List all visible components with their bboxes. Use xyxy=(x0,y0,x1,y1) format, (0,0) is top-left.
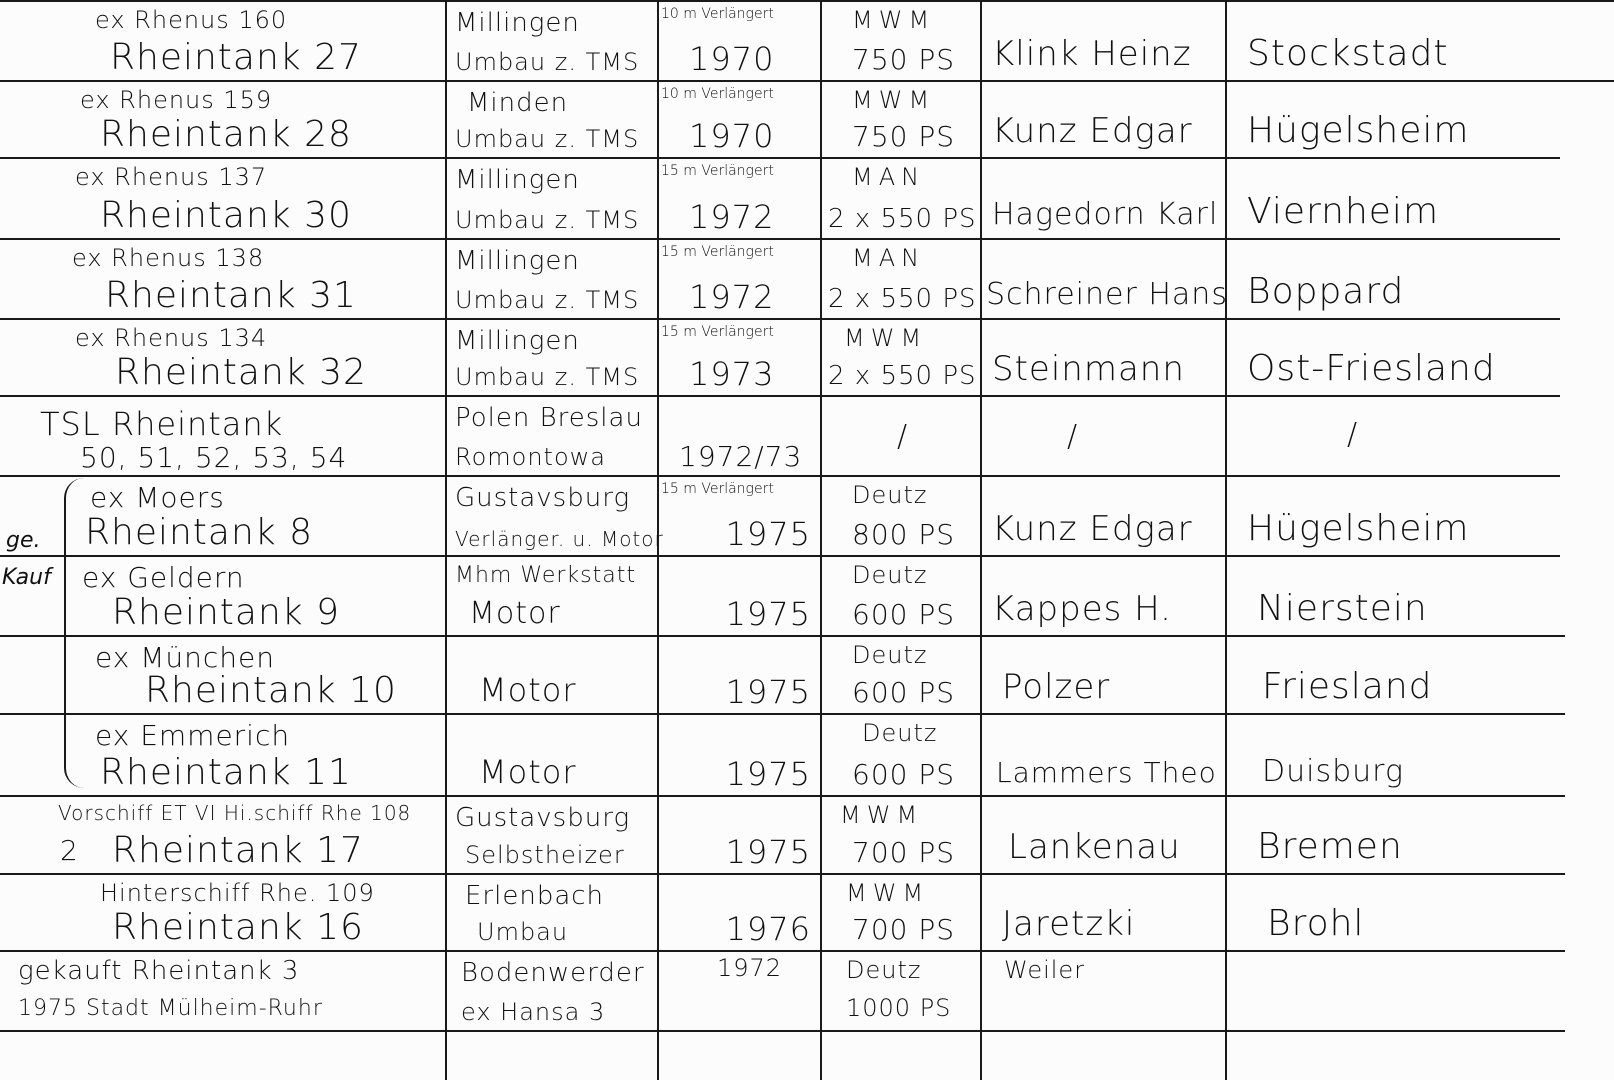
year: 1975 xyxy=(726,595,811,633)
work-done: Verlänger. u. Motor xyxy=(455,527,664,551)
ship-name: Rheintank 28 xyxy=(100,114,352,155)
year: 1975 xyxy=(726,755,811,793)
table-row: Vorschiff ET VI Hi.schiff Rhe 1082Rheint… xyxy=(0,797,1614,873)
work-done: Umbau z. TMS xyxy=(455,206,639,234)
shipyard: Polen Breslau xyxy=(455,403,643,433)
conversion-note: 15 m Verlängert xyxy=(661,481,774,497)
former-name: ex Geldern xyxy=(82,561,245,594)
owner: Schreiner Hans xyxy=(986,277,1228,312)
work-done: Selbstheizer xyxy=(465,841,625,869)
owner: Weiler xyxy=(1004,956,1085,984)
conversion-note: 15 m Verlängert xyxy=(661,324,774,340)
home-port: Bremen xyxy=(1257,826,1403,867)
engine-make: MAN xyxy=(852,244,925,272)
former-name: gekauft Rheintank 3 xyxy=(18,956,299,986)
engine-make: Deutz xyxy=(852,481,927,509)
table-row: ex Rhenus 159Rheintank 28 MindenUmbau z.… xyxy=(0,82,1614,157)
former-name: ex Rhenus 160 xyxy=(95,6,287,34)
ship-name: 1975 Stadt Mülheim-Ruhr xyxy=(18,996,323,1021)
engine-make: MWM xyxy=(840,801,923,829)
table-row: ex GeldernRheintank 9 Mhm WerkstattMotor… xyxy=(0,557,1614,635)
engine-power: 700 PS xyxy=(852,913,955,946)
table-row: ex EmmerichRheintank 11 Motor 1975 Deutz… xyxy=(0,715,1614,795)
work-done: Umbau z. TMS xyxy=(455,286,639,314)
shipyard: Gustavsburg xyxy=(455,483,630,513)
year: 1975 xyxy=(726,515,811,553)
ship-name: Rheintank 9 xyxy=(112,592,340,633)
year: 1970 xyxy=(689,40,774,78)
work-done: Motor xyxy=(479,671,576,709)
conversion-note: 10 m Verlängert xyxy=(661,6,774,22)
table-row: ex Rhenus 134Rheintank 32 MillingenUmbau… xyxy=(0,320,1614,395)
table-row: ex Rhenus 160Rheintank 27 MillingenUmbau… xyxy=(0,2,1614,80)
former-name: ex Rhenus 159 xyxy=(80,86,272,114)
section-count: 2 xyxy=(60,834,79,867)
owner: Lankenau xyxy=(1008,827,1181,867)
shipyard: Mhm Werkstatt xyxy=(455,563,636,588)
engine-make: MWM xyxy=(846,879,929,907)
engine-power: 750 PS xyxy=(852,120,955,153)
table-row: ex Rhenus 138Rheintank 31 MillingenUmbau… xyxy=(0,240,1614,318)
shipyard: Bodenwerder xyxy=(461,958,645,988)
conversion-note: 15 m Verlängert xyxy=(661,244,774,260)
table-row: ex MünchenRheintank 10 Motor 1975 Deutz6… xyxy=(0,637,1614,713)
engine-power: 2 x 550 PS xyxy=(828,361,977,391)
shipyard: Millingen xyxy=(455,8,580,38)
conversion-note: 10 m Verlängert xyxy=(661,86,774,102)
engine-make: MWM xyxy=(844,324,927,352)
former-name: Hinterschiff Rhe. 109 xyxy=(100,879,375,907)
conversion-note: 15 m Verlängert xyxy=(661,163,774,179)
table-row: ex MoersRheintank 8 GustavsburgVerlänger… xyxy=(0,477,1614,555)
table-row: ex Rhenus 137Rheintank 30 MillingenUmbau… xyxy=(0,159,1614,238)
former-name: ex Moers xyxy=(90,481,225,514)
engine-make: Deutz xyxy=(846,956,921,984)
former-name: ex Emmerich xyxy=(95,719,290,752)
year: 1975 xyxy=(726,833,811,871)
year: 1970 xyxy=(689,117,774,155)
home-port: Duisburg xyxy=(1262,754,1404,789)
work-done: Umbau z. TMS xyxy=(455,363,639,391)
owner: Kunz Edgar xyxy=(992,111,1193,151)
ledger-sheet: ge. Kauf ex Rhenus 160Rheintank 27 Milli… xyxy=(0,0,1614,1080)
year: 1972 xyxy=(689,198,774,236)
ship-name: Rheintank 27 xyxy=(110,37,362,78)
home-port: Ost-Friesland xyxy=(1247,348,1496,389)
engine-make: Deutz xyxy=(852,561,927,589)
ship-name: TSL Rheintank xyxy=(40,405,283,443)
ship-name: Rheintank 10 xyxy=(145,670,397,711)
shipyard: Gustavsburg xyxy=(455,803,630,833)
home-port: Friesland xyxy=(1262,666,1433,707)
work-done: Romontowa xyxy=(455,443,606,471)
work-done: Motor xyxy=(469,596,561,631)
shipyard: Millingen xyxy=(455,326,580,356)
engine-power: 700 PS xyxy=(852,836,955,869)
home-port: Nierstein xyxy=(1257,588,1428,629)
table-row: gekauft Rheintank 31975 Stadt Mülheim-Ru… xyxy=(0,952,1614,1030)
engine-power: 600 PS xyxy=(852,758,955,791)
year: 1973 xyxy=(689,355,774,393)
owner: Polzer xyxy=(1002,667,1110,707)
shipyard: Erlenbach xyxy=(465,881,604,911)
ship-name: Rheintank 11 xyxy=(100,752,352,793)
owner: Kunz Edgar xyxy=(992,509,1193,549)
ship-name: Rheintank 16 xyxy=(112,907,364,948)
year: 1972 xyxy=(717,954,782,982)
empty-mark: / xyxy=(1347,417,1358,452)
ship-name: Rheintank 17 xyxy=(112,830,364,871)
shipyard: Minden xyxy=(467,88,568,118)
shipyard: Millingen xyxy=(455,165,580,195)
shipyard: Millingen xyxy=(455,246,580,276)
owner: Lammers Theo xyxy=(996,756,1217,789)
owner: Hagedorn Karl xyxy=(992,197,1218,232)
work-done: ex Hansa 3 xyxy=(461,998,605,1026)
year: 1976 xyxy=(726,910,811,948)
table-row: Hinterschiff Rhe. 109Rheintank 16 Erlenb… xyxy=(0,875,1614,950)
year: 1972/73 xyxy=(679,440,802,473)
former-name: ex Rhenus 138 xyxy=(72,244,264,272)
work-done: Umbau z. TMS xyxy=(455,48,639,76)
ship-numbers: 50, 51, 52, 53, 54 xyxy=(80,441,347,474)
former-name: ex Rhenus 134 xyxy=(75,324,267,352)
engine-make: MAN xyxy=(852,163,925,191)
row-divider xyxy=(0,1030,1565,1032)
engine-make: Deutz xyxy=(862,719,937,747)
former-name: ex Rhenus 137 xyxy=(75,163,267,191)
year: 1975 xyxy=(726,673,811,711)
engine-power: 750 PS xyxy=(852,43,955,76)
empty-mark: / xyxy=(897,419,908,454)
home-port: Viernheim xyxy=(1247,191,1439,232)
home-port: Hügelsheim xyxy=(1247,110,1469,151)
former-name: Vorschiff ET VI Hi.schiff Rhe 108 xyxy=(58,801,411,825)
home-port: Stockstadt xyxy=(1247,33,1449,74)
engine-power: 2 x 550 PS xyxy=(828,204,977,234)
engine-make: MWM xyxy=(852,86,935,114)
ship-name: Rheintank 32 xyxy=(115,352,367,393)
home-port: Boppard xyxy=(1247,271,1404,312)
empty-mark: / xyxy=(1067,419,1078,454)
table-row: TSL Rheintank50, 51, 52, 53, 54 Polen Br… xyxy=(0,397,1614,475)
owner: Jaretzki xyxy=(1002,904,1135,944)
engine-power: 1000 PS xyxy=(846,994,951,1022)
ship-name: Rheintank 30 xyxy=(100,195,352,236)
ship-name: Rheintank 31 xyxy=(105,275,357,316)
engine-make: MWM xyxy=(852,6,935,34)
engine-power: 800 PS xyxy=(852,518,955,551)
engine-make: Deutz xyxy=(852,641,927,669)
work-done: Umbau z. TMS xyxy=(455,125,639,153)
home-port: Brohl xyxy=(1267,903,1364,944)
ship-name: Rheintank 8 xyxy=(85,512,313,553)
owner: Kappes H. xyxy=(992,589,1172,629)
engine-power: 600 PS xyxy=(852,676,955,709)
home-port: Hügelsheim xyxy=(1247,508,1469,549)
work-done: Motor xyxy=(479,753,576,791)
engine-power: 600 PS xyxy=(852,598,955,631)
engine-power: 2 x 550 PS xyxy=(828,284,977,314)
work-done: Umbau xyxy=(477,918,568,946)
owner: Steinmann xyxy=(992,349,1185,389)
year: 1972 xyxy=(689,278,774,316)
owner: Klink Heinz xyxy=(992,34,1192,74)
